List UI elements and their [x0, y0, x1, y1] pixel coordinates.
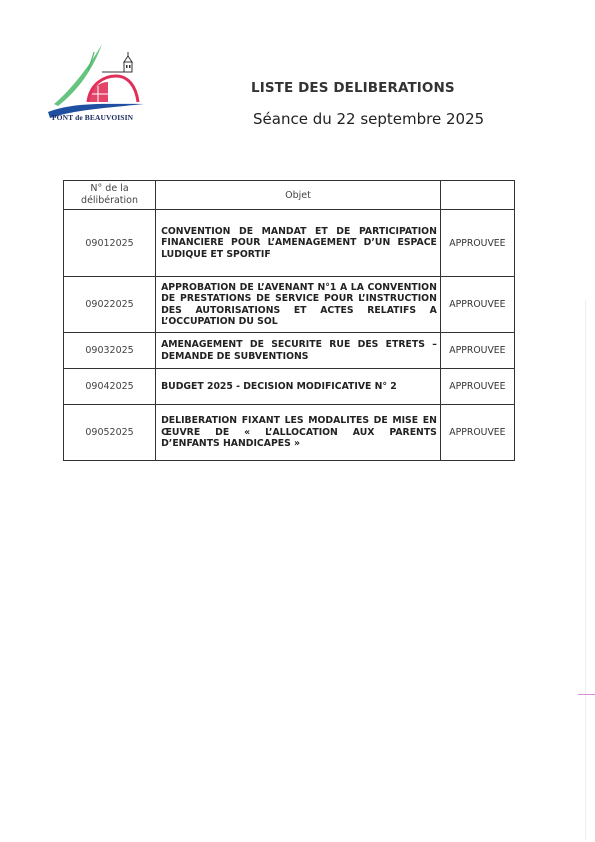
deliberation-number: 09022025	[64, 277, 156, 333]
deliberation-object: CONVENTION DE MANDAT ET DE PARTICIPATION…	[156, 210, 441, 277]
page-title: LISTE DES DELIBERATIONS	[251, 80, 455, 96]
table-row: 09042025 BUDGET 2025 - DECISION MODIFICA…	[64, 369, 515, 405]
deliberation-number: 09012025	[64, 210, 156, 277]
deliberation-object: BUDGET 2025 - DECISION MODIFICATIVE N° 2	[156, 369, 441, 405]
table-row: 09012025 CONVENTION DE MANDAT ET DE PART…	[64, 210, 515, 277]
scan-artifact-mark	[578, 694, 595, 695]
deliberation-object: AMENAGEMENT DE SECURITE RUE DES ETRETS –…	[156, 333, 441, 369]
deliberation-result: APPROUVEE	[440, 333, 514, 369]
deliberation-result: APPROUVEE	[440, 369, 514, 405]
deliberation-number: 09052025	[64, 405, 156, 461]
deliberation-result: APPROUVEE	[440, 210, 514, 277]
table-row: 09052025 DELIBERATION FIXANT LES MODALIT…	[64, 405, 515, 461]
deliberation-result: APPROUVEE	[440, 405, 514, 461]
header-object: Objet	[156, 181, 441, 210]
header-number-line2: délibération	[81, 195, 138, 206]
header-number: N° de la délibération	[64, 181, 156, 210]
logo-caption: PONT de BEAUVOISIN	[52, 113, 133, 122]
deliberation-result: APPROUVEE	[440, 277, 514, 333]
deliberation-number: 09032025	[64, 333, 156, 369]
deliberation-object: APPROBATION DE L’AVENANT N°1 A LA CONVEN…	[156, 277, 441, 333]
deliberations-table: N° de la délibération Objet 09012025 CON…	[63, 180, 515, 461]
scan-artifact-line	[585, 300, 586, 840]
session-date: Séance du 22 septembre 2025	[253, 110, 484, 128]
table-row: 09022025 APPROBATION DE L’AVENANT N°1 A …	[64, 277, 515, 333]
table-header-row: N° de la délibération Objet	[64, 181, 515, 210]
header-result	[440, 181, 514, 210]
deliberation-number: 09042025	[64, 369, 156, 405]
table-row: 09032025 AMENAGEMENT DE SECURITE RUE DES…	[64, 333, 515, 369]
header-number-line1: N° de la	[90, 183, 128, 194]
deliberation-object: DELIBERATION FIXANT LES MODALITES DE MIS…	[156, 405, 441, 461]
